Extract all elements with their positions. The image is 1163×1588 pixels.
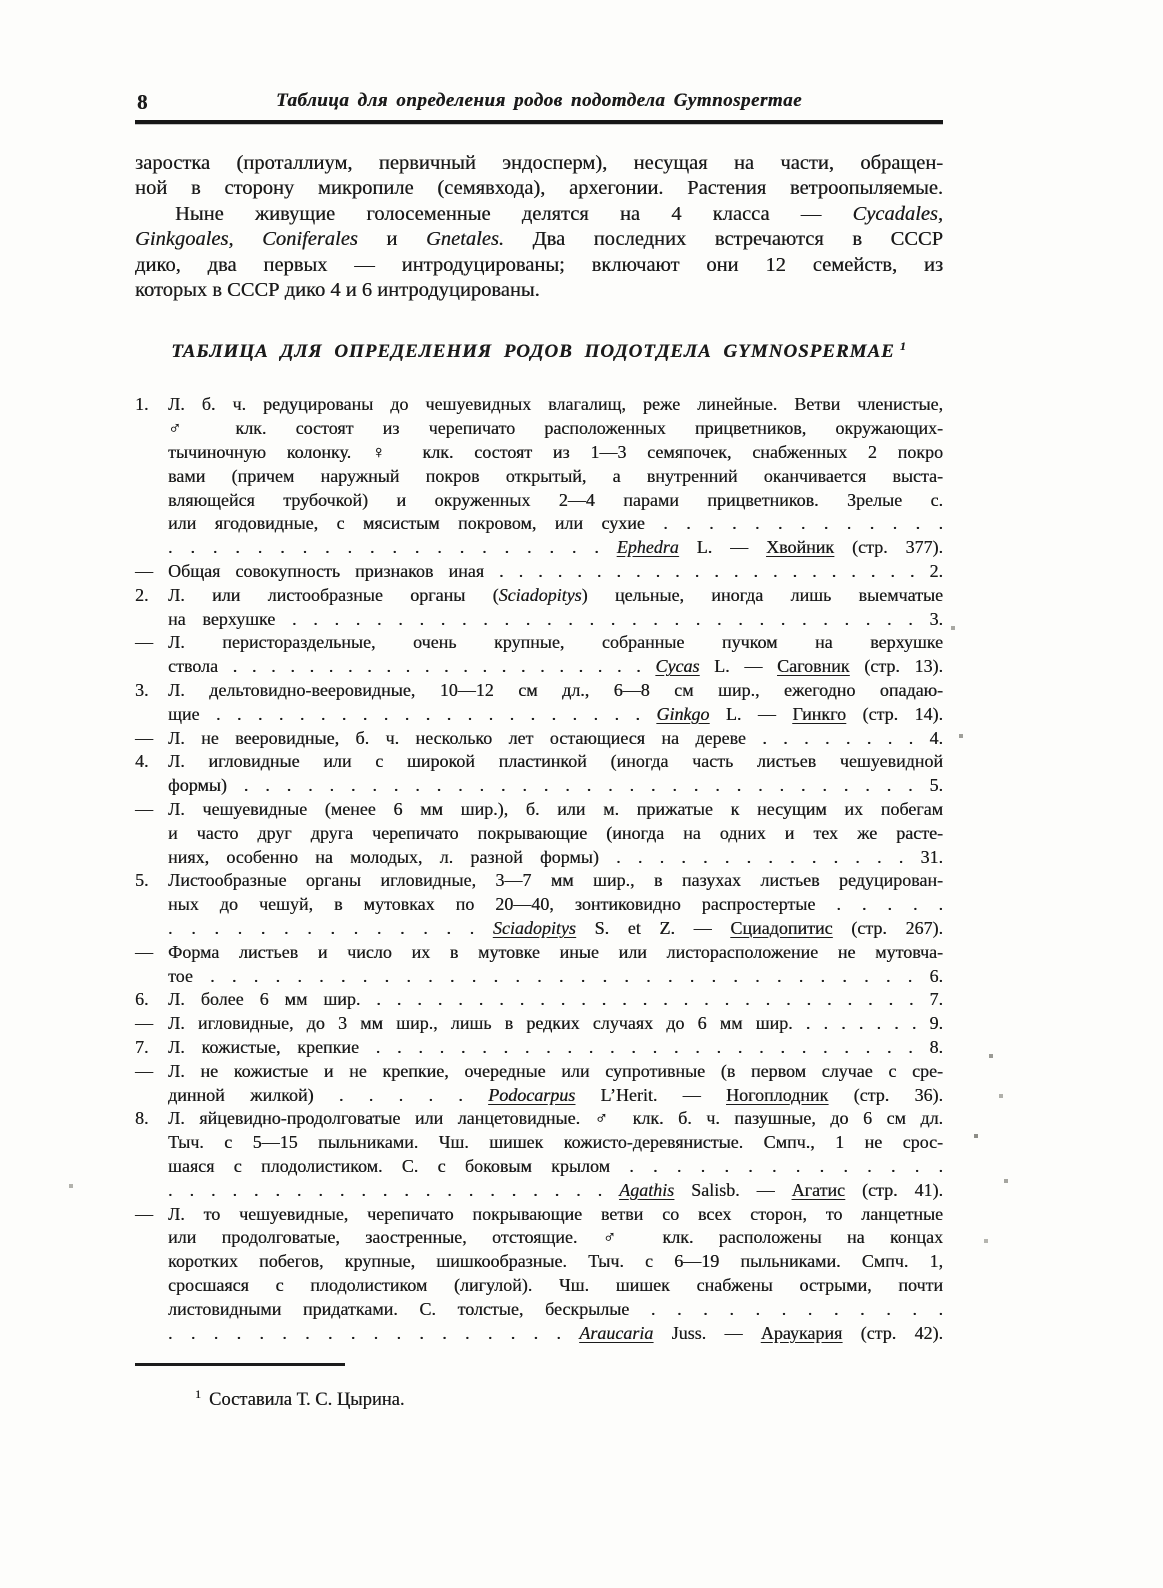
text-line: ниях, особенно на молодых, л. разной фор… — [168, 846, 943, 870]
text-line: —Л. не кожистые и не крепкие, очередные … — [168, 1060, 943, 1084]
text-segment: или ягодовидные, с мясистым покровом, ил… — [168, 513, 943, 533]
text-segment: (стр. 36). — [828, 1085, 943, 1105]
text-line: 1.Л. б. ч. редуцированы до чешуевидных в… — [168, 393, 943, 417]
key-entry: —Л. не кожистые и не крепкие, очередные … — [135, 1060, 943, 1108]
text-line: дико, два первых — интродуцированы; вклю… — [135, 253, 943, 278]
text-segment: щие . . . . . . . . . . . . . . . . . . … — [168, 704, 656, 724]
text-segment: заростка (проталлиум, первичный эндоспер… — [135, 152, 943, 174]
text-line: сросшаяся с плодолистиком (лигулой). Чш.… — [168, 1274, 943, 1298]
text-segment: (стр. 13). — [850, 656, 944, 676]
key-entry: 8.Л. яйцевидно-продолговатые или ланцето… — [135, 1107, 943, 1202]
key-entry: 3.Л. дельтовидно-вееровидные, 10—12 см д… — [135, 679, 943, 727]
key-entry: —Общая совокупность признаков иная . . .… — [135, 560, 943, 584]
text-segment: вами (причем наружный покров открытый, а… — [168, 466, 943, 486]
text-segment: Л. не вееровидные, б. ч. несколько лет о… — [168, 728, 943, 748]
identification-key: 1.Л. б. ч. редуцированы до чешуевидных в… — [135, 393, 943, 1345]
text-segment: ♂ клк. состоят из черепичато расположенн… — [168, 418, 943, 438]
text-segment: Л. или листообразные органы ( — [168, 585, 499, 605]
text-line: щие . . . . . . . . . . . . . . . . . . … — [168, 703, 943, 727]
text-segment: Л. перистораздельные, очень крупные, соб… — [168, 632, 943, 652]
text-segment: которых в СССР дико 4 и 6 интродуцирован… — [135, 279, 540, 301]
text-line: —Л. то чешуевидные, черепичато покрывающ… — [168, 1203, 943, 1227]
text-segment: Л. то чешуевидные, черепичато покрывающи… — [168, 1204, 943, 1224]
section-heading: ТАБЛИЦА ДЛЯ ОПРЕДЕЛЕНИЯ РОДОВ ПОДОТДЕЛА … — [135, 341, 943, 363]
footnote: 1Составила Т. С. Цырина. — [135, 1390, 943, 1411]
text-line: . . . . . . . . . . . . . . . . . . . . … — [168, 1179, 943, 1203]
text-segment: Salisb. — — [674, 1180, 791, 1200]
key-entry: 2.Л. или листообразные органы (Sciadopit… — [135, 584, 943, 632]
text-line: листовидными придатками. С. толстые, бес… — [168, 1298, 943, 1322]
text-segment: Л. дельтовидно-вееровидные, 10—12 см дл.… — [168, 680, 943, 700]
text-segment: Два последних встречаются в СССР — [504, 228, 943, 250]
genus-name: Araucaria — [579, 1323, 653, 1343]
entry-marker: — — [135, 1203, 168, 1227]
text-segment: . . . . . . . . . . . . . . . . . . . . — [168, 537, 617, 557]
russian-name: Ногоплодник — [726, 1085, 828, 1105]
latin-name: Cycadales, — [852, 203, 943, 225]
text-line: вами (причем наружный покров открытый, а… — [168, 465, 943, 489]
genus-name: Agathis — [619, 1180, 674, 1200]
text-segment: ной в сторону микропиле (семявхода), арх… — [135, 177, 943, 199]
text-segment: Л. чешуевидные (менее 6 мм шир.), б. или… — [168, 799, 943, 819]
text-segment: коротких побегов, крупные, шишкообразные… — [168, 1251, 943, 1271]
text-segment: Тыч. с 5—15 пыльниками. Чш. шишек кожист… — [168, 1132, 943, 1152]
genus-name: Ginkgo — [656, 704, 709, 724]
text-segment: L’Herit. — — [575, 1085, 726, 1105]
text-segment: на верхушке . . . . . . . . . . . . . . … — [168, 609, 943, 629]
page-header: 8 Таблица для определения родов подотдел… — [135, 90, 943, 114]
text-line: —Общая совокупность признаков иная . . .… — [168, 560, 943, 584]
text-segment: тычиночную колонку. ♀ клк. состоят из 1—… — [168, 442, 943, 462]
key-entry: —Л. то чешуевидные, черепичато покрывающ… — [135, 1203, 943, 1346]
text-line: и часто друг друга черепичато покрывающи… — [168, 822, 943, 846]
text-line: ствола . . . . . . . . . . . . . . . . .… — [168, 655, 943, 679]
text-line: формы) . . . . . . . . . . . . . . . . .… — [168, 774, 943, 798]
text-segment: или продолговатые, заостренные, отстоящи… — [168, 1227, 943, 1247]
genus-name: Sciadopitys — [493, 918, 576, 938]
entry-marker: — — [135, 941, 168, 965]
key-entry: —Л. не вееровидные, б. ч. несколько лет … — [135, 727, 943, 751]
text-line: или ягодовидные, с мясистым покровом, ил… — [168, 512, 943, 536]
text-segment: и часто друг друга черепичато покрывающи… — [168, 823, 943, 843]
text-line: динной жилкой) . . . . . Podocarpus L’He… — [168, 1084, 943, 1108]
russian-name: Саговник — [777, 656, 849, 676]
text-line: . . . . . . . . . . . . . . . . . . . . … — [168, 536, 943, 560]
genus-name: Ephedra — [617, 537, 679, 557]
text-line: ной в сторону микропиле (семявхода), арх… — [135, 176, 943, 201]
scanned-page: 8 Таблица для определения родов подотдел… — [0, 0, 1163, 1588]
russian-name: Гинкго — [792, 704, 846, 724]
text-line: тычиночную колонку. ♀ клк. состоят из 1—… — [168, 441, 943, 465]
text-line: —Л. перистораздельные, очень крупные, со… — [168, 631, 943, 655]
page-content: 8 Таблица для определения родов подотдел… — [135, 0, 943, 1411]
text-line: . . . . . . . . . . . . . . . . . . Arau… — [168, 1322, 943, 1346]
text-segment: сросшаяся с плодолистиком (лигулой). Чш.… — [168, 1275, 943, 1295]
text-line: заростка (проталлиум, первичный эндоспер… — [135, 151, 943, 176]
text-segment: Л. б. ч. редуцированы до чешуевидных вла… — [168, 394, 943, 414]
text-line: —Форма листьев и число их в мутовке иные… — [168, 941, 943, 965]
key-entry: —Форма листьев и число их в мутовке иные… — [135, 941, 943, 989]
entry-marker: 2. — [135, 584, 168, 608]
text-line: которых в СССР дико 4 и 6 интродуцирован… — [135, 278, 943, 303]
key-entry: —Л. чешуевидные (менее 6 мм шир.), б. ил… — [135, 798, 943, 869]
text-segment: . . . . . . . . . . . . . . . . . . — [168, 1323, 579, 1343]
entry-marker: — — [135, 727, 168, 751]
key-entry: 1.Л. б. ч. редуцированы до чешуевидных в… — [135, 393, 943, 560]
text-segment: Форма листьев и число их в мутовке иные … — [168, 942, 943, 962]
text-segment: Л. более 6 мм шир. . . . . . . . . . . .… — [168, 989, 943, 1009]
entry-marker: 7. — [135, 1036, 168, 1060]
text-segment: ) цельные, иногда лишь выемчатые — [582, 585, 943, 605]
key-entry: 5.Листообразные органы игловидные, 3—7 м… — [135, 869, 943, 940]
entry-marker: — — [135, 560, 168, 584]
text-segment: . . . . . . . . . . . . . . . . . . . . … — [168, 1180, 619, 1200]
text-segment: Листообразные органы игловидные, 3—7 мм … — [168, 870, 943, 890]
text-line: —Л. чешуевидные (менее 6 мм шир.), б. ил… — [168, 798, 943, 822]
text-segment: Juss. — — [653, 1323, 761, 1343]
text-segment: Л. яйцевидно-продолговатые или ланцетови… — [168, 1108, 943, 1128]
entry-marker: 3. — [135, 679, 168, 703]
intro-paragraphs: заростка (проталлиум, первичный эндоспер… — [135, 151, 943, 303]
text-segment: Л. игловидные, до 3 мм шир., лишь в редк… — [168, 1013, 943, 1033]
text-line: шаяся с плодолистиком. С. с боковым крыл… — [168, 1155, 943, 1179]
footnote-reference-mark: 1 — [900, 339, 907, 353]
key-entry: —Л. игловидные, до 3 мм шир., лишь в ред… — [135, 1012, 943, 1036]
russian-name: Хвойник — [766, 537, 834, 557]
key-entry: 6.Л. более 6 мм шир. . . . . . . . . . .… — [135, 988, 943, 1012]
text-line: 5.Листообразные органы игловидные, 3—7 м… — [168, 869, 943, 893]
text-segment: (стр. 41). — [845, 1180, 943, 1200]
text-segment: дико, два первых — интродуцированы; вклю… — [135, 254, 943, 276]
text-line: на верхушке . . . . . . . . . . . . . . … — [168, 608, 943, 632]
russian-name: Сциадопитис — [730, 918, 832, 938]
latin-name: Sciadopitys — [499, 585, 582, 605]
text-segment: ствола . . . . . . . . . . . . . . . . .… — [168, 656, 655, 676]
text-line: . . . . . . . . . . . . . . Sciadopitys … — [168, 917, 943, 941]
text-line: ♂ клк. состоят из черепичато расположенн… — [168, 417, 943, 441]
text-line: 6.Л. более 6 мм шир. . . . . . . . . . .… — [168, 988, 943, 1012]
text-line: 2.Л. или листообразные органы (Sciadopit… — [168, 584, 943, 608]
entry-marker: 4. — [135, 750, 168, 774]
text-segment: шаяся с плодолистиком. С. с боковым крыл… — [168, 1156, 943, 1176]
text-segment: вляющейся трубочкой) и окруженных 2—4 па… — [168, 490, 943, 510]
section-heading-text: ТАБЛИЦА ДЛЯ ОПРЕДЕЛЕНИЯ РОДОВ ПОДОТДЕЛА … — [171, 341, 895, 362]
scan-noise — [0, 0, 2, 2]
text-segment: динной жилкой) . . . . . — [168, 1085, 488, 1105]
russian-name: Араукария — [761, 1323, 842, 1343]
text-line: или продолговатые, заостренные, отстоящи… — [168, 1226, 943, 1250]
running-title: Таблица для определения родов подотдела … — [135, 90, 943, 112]
genus-name: Cycas — [655, 656, 699, 676]
text-segment: листовидными придатками. С. толстые, бес… — [168, 1299, 943, 1319]
header-rule — [135, 120, 943, 124]
text-line: Ныне живущие голосеменные делятся на 4 к… — [135, 202, 943, 227]
text-segment: Л. не кожистые и не крепкие, очередные и… — [168, 1061, 943, 1081]
text-segment: L. — — [709, 704, 792, 724]
text-line: вляющейся трубочкой) и окруженных 2—4 па… — [168, 489, 943, 513]
text-segment: (стр. 14). — [846, 704, 943, 724]
text-line: коротких побегов, крупные, шишкообразные… — [168, 1250, 943, 1274]
footnote-text: Составила Т. С. Цырина. — [209, 1390, 404, 1410]
entry-marker: — — [135, 1060, 168, 1084]
footnote-rule — [135, 1363, 345, 1366]
text-segment: (стр. 42). — [842, 1323, 943, 1343]
text-line: 3.Л. дельтовидно-вееровидные, 10—12 см д… — [168, 679, 943, 703]
text-segment: тое . . . . . . . . . . . . . . . . . . … — [168, 966, 943, 986]
key-entry: 4.Л. игловидные или с широкой пластинкой… — [135, 750, 943, 798]
entry-marker: — — [135, 798, 168, 822]
text-line: тое . . . . . . . . . . . . . . . . . . … — [168, 965, 943, 989]
entry-marker: — — [135, 631, 168, 655]
text-line: 4.Л. игловидные или с широкой пластинкой… — [168, 750, 943, 774]
text-segment: (стр. 377). — [834, 537, 943, 557]
entry-marker: — — [135, 1012, 168, 1036]
genus-name: Podocarpus — [488, 1085, 575, 1105]
page-number: 8 — [137, 90, 148, 115]
text-line: —Л. не вееровидные, б. ч. несколько лет … — [168, 727, 943, 751]
text-segment: L. — — [699, 656, 777, 676]
text-line: —Л. игловидные, до 3 мм шир., лишь в ред… — [168, 1012, 943, 1036]
text-segment: Ныне живущие голосеменные делятся на 4 к… — [175, 203, 852, 225]
text-segment: ниях, особенно на молодых, л. разной фор… — [168, 847, 943, 867]
latin-name: Ginkgoales, Coniferales — [135, 228, 358, 250]
entry-marker: 6. — [135, 988, 168, 1012]
text-line: ных до чешуй, в мутовках по 20—40, зонти… — [168, 893, 943, 917]
text-segment: Л. игловидные или с широкой пластинкой (… — [168, 751, 943, 771]
text-segment: формы) . . . . . . . . . . . . . . . . .… — [168, 775, 943, 795]
text-segment: (стр. 267). — [833, 918, 943, 938]
footnote-mark: 1 — [195, 1387, 201, 1401]
entry-marker: 8. — [135, 1107, 168, 1131]
text-segment: Л. кожистые, крепкие . . . . . . . . . .… — [168, 1037, 943, 1057]
key-entry: 7.Л. кожистые, крепкие . . . . . . . . .… — [135, 1036, 943, 1060]
text-line: 7.Л. кожистые, крепкие . . . . . . . . .… — [168, 1036, 943, 1060]
latin-name: Gnetales. — [426, 228, 504, 250]
text-segment: ных до чешуй, в мутовках по 20—40, зонти… — [168, 894, 943, 914]
text-segment: . . . . . . . . . . . . . . — [168, 918, 493, 938]
text-line: Ginkgoales, Coniferales и Gnetales. Два … — [135, 227, 943, 252]
text-segment: Общая совокупность признаков иная . . . … — [168, 561, 943, 581]
text-segment: L. — — [679, 537, 766, 557]
russian-name: Агатис — [792, 1180, 845, 1200]
text-line: Тыч. с 5—15 пыльниками. Чш. шишек кожист… — [168, 1131, 943, 1155]
text-segment: и — [358, 228, 426, 250]
entry-marker: 5. — [135, 869, 168, 893]
text-line: 8.Л. яйцевидно-продолговатые или ланцето… — [168, 1107, 943, 1131]
entry-marker: 1. — [135, 393, 168, 417]
text-segment: S. et Z. — — [576, 918, 731, 938]
key-entry: —Л. перистораздельные, очень крупные, со… — [135, 631, 943, 679]
